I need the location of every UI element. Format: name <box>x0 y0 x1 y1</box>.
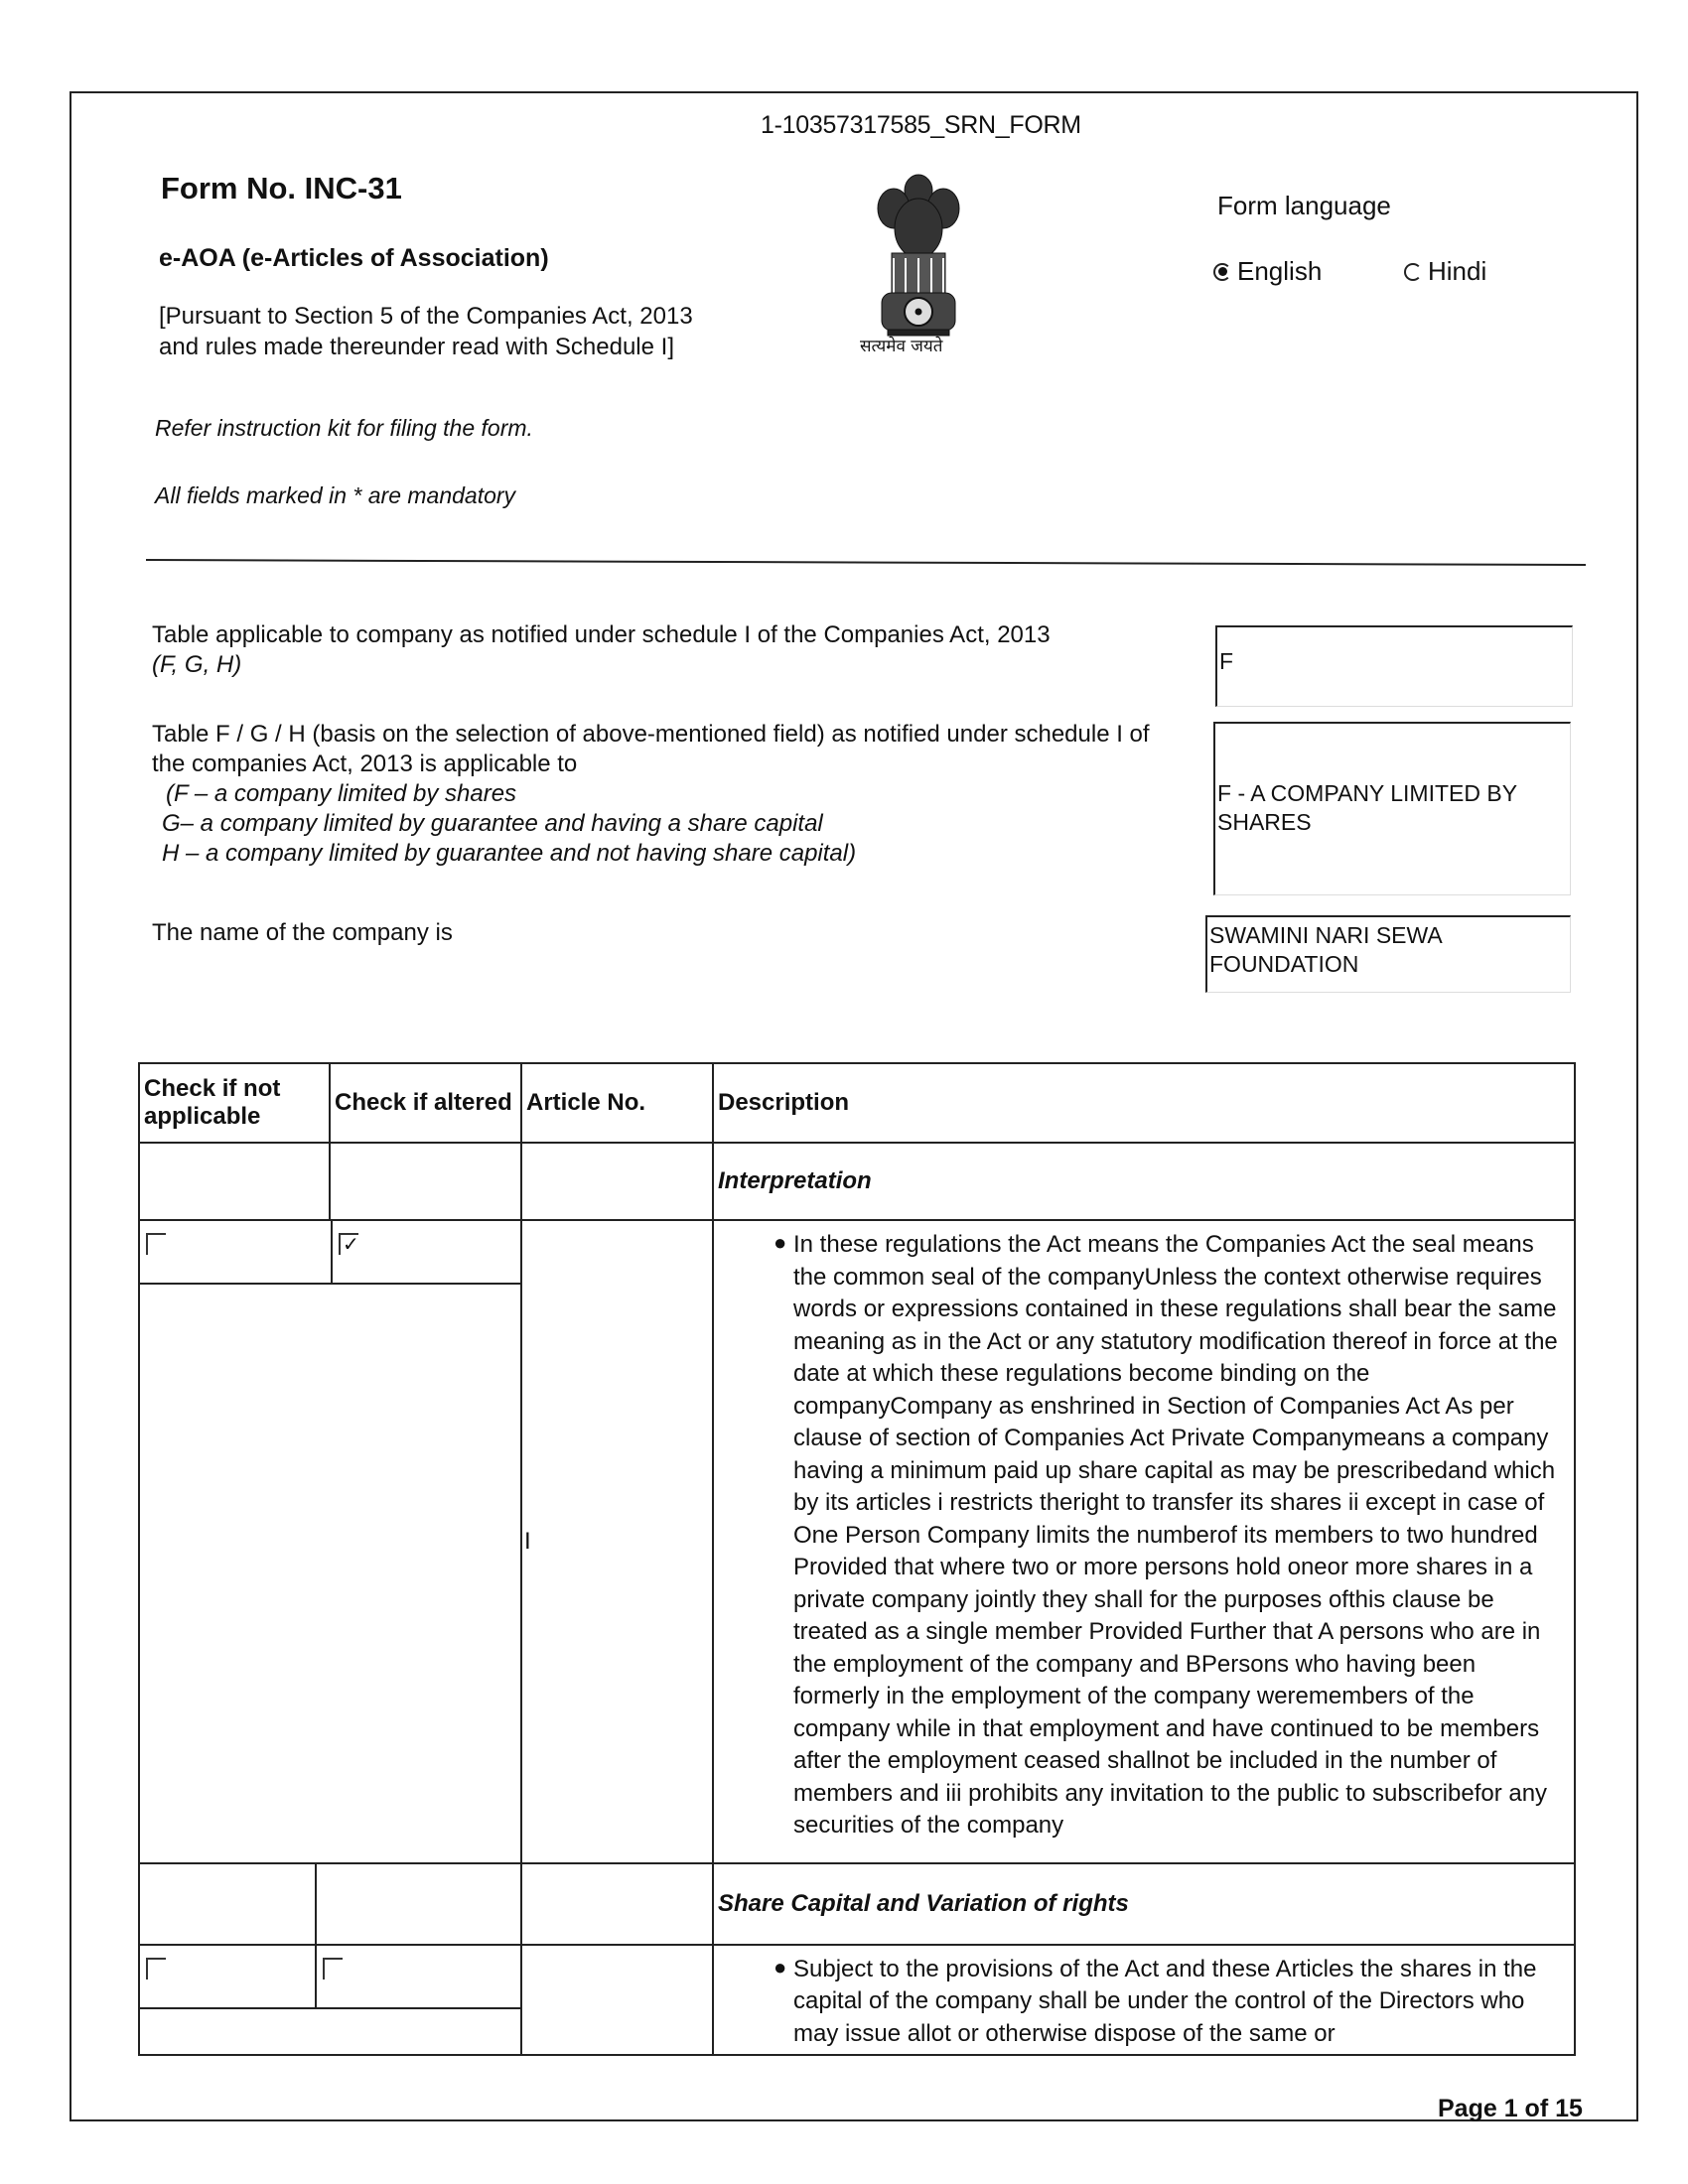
page-number: Page 1 of 15 <box>1438 2095 1583 2123</box>
option-g-text: G– a company limited by guarantee and ha… <box>152 809 1150 839</box>
bullet-icon: ● <box>774 1952 786 1984</box>
language-option-label: Hindi <box>1428 256 1486 287</box>
empty-cell <box>521 1863 713 1945</box>
article-number <box>521 1945 713 2056</box>
table-fgh-field[interactable]: F - A COMPANY LIMITED BY SHARES <box>1213 722 1571 895</box>
pursuant-line-1: [Pursuant to Section 5 of the Companies … <box>159 301 854 332</box>
description-text: Subject to the provisions of the Act and… <box>793 1956 1536 2047</box>
language-option-label: English <box>1237 256 1322 287</box>
checkmark-icon: ✓ <box>343 1235 359 1255</box>
mandatory-note: All fields marked in * are mandatory <box>155 482 515 509</box>
checkbox-cell-group: ✓ <box>139 1220 521 1863</box>
form-language-label: Form language <box>1217 191 1391 221</box>
company-name-label: The name of the company is <box>152 918 453 948</box>
checkbox-cell-group <box>139 1945 521 2056</box>
article-description: ● Subject to the provisions of the Act a… <box>713 1945 1575 2056</box>
col-article-no: Article No. <box>521 1063 713 1143</box>
field-value-line: SHARES <box>1217 808 1568 837</box>
table-fgh-label: Table F / G / H (basis on the selection … <box>152 720 1150 869</box>
field-value-line: SWAMINI NARI SEWA <box>1209 921 1568 950</box>
col-altered: Check if altered <box>330 1063 521 1143</box>
col-not-applicable: Check if not applicable <box>139 1063 330 1143</box>
pursuant-note: [Pursuant to Section 5 of the Companies … <box>159 301 854 362</box>
language-radio-english[interactable]: English <box>1213 256 1322 287</box>
section-row-interpretation: Interpretation <box>139 1143 1575 1220</box>
articles-table: Check if not applicable Check if altered… <box>138 1062 1576 2056</box>
label-line: Table applicable to company as notified … <box>152 620 1051 650</box>
radio-unselected-icon[interactable] <box>1404 263 1422 281</box>
srn-number: 1-10357317585_SRN_FORM <box>761 111 1081 140</box>
not-applicable-checkbox[interactable] <box>146 1233 166 1255</box>
pursuant-line-2: and rules made thereunder read with Sche… <box>159 332 854 362</box>
instruction-kit-note: Refer instruction kit for filing the for… <box>155 415 533 442</box>
label-line: the companies Act, 2013 is applicable to <box>152 750 1150 779</box>
company-name-field[interactable]: SWAMINI NARI SEWA FOUNDATION <box>1205 915 1571 993</box>
empty-cell <box>521 1143 713 1220</box>
language-radio-hindi[interactable]: Hindi <box>1404 256 1486 287</box>
empty-cell <box>139 1863 521 1945</box>
altered-checkbox[interactable] <box>323 1958 343 1979</box>
altered-checkbox[interactable]: ✓ <box>339 1233 358 1255</box>
section-title: Share Capital and Variation of rights <box>713 1863 1575 1945</box>
table-applicable-field[interactable]: F <box>1215 625 1573 707</box>
table-row: ✓ I ● In these regulations the Act means… <box>139 1220 1575 1863</box>
emblem-motto: सत्यमेव जयते <box>860 334 942 356</box>
article-description: ● In these regulations the Act means the… <box>713 1220 1575 1863</box>
table-row: ● Subject to the provisions of the Act a… <box>139 1945 1575 2056</box>
description-text: In these regulations the Act means the C… <box>793 1231 1558 1839</box>
option-f-text: (F – a company limited by shares <box>152 779 1150 809</box>
article-number: I <box>521 1220 713 1863</box>
form-number: Form No. INC-31 <box>161 171 402 206</box>
form-title: e-AOA (e-Articles of Association) <box>159 244 549 273</box>
empty-cell <box>330 1143 521 1220</box>
not-applicable-cell <box>140 1946 317 2007</box>
label-line: Table F / G / H (basis on the selection … <box>152 720 1150 750</box>
altered-cell: ✓ <box>333 1221 520 1283</box>
option-h-text: H – a company limited by guarantee and n… <box>152 839 1150 869</box>
not-applicable-checkbox[interactable] <box>146 1958 166 1979</box>
radio-selected-icon[interactable] <box>1213 263 1231 281</box>
label-line: (F, G, H) <box>152 650 1051 680</box>
field-value-line: F - A COMPANY LIMITED BY <box>1217 779 1568 808</box>
col-description: Description <box>713 1063 1575 1143</box>
not-applicable-cell <box>140 1221 333 1283</box>
section-row-share-capital: Share Capital and Variation of rights <box>139 1863 1575 1945</box>
section-title: Interpretation <box>713 1143 1575 1220</box>
table-header-row: Check if not applicable Check if altered… <box>139 1063 1575 1143</box>
empty-cell <box>139 1143 330 1220</box>
altered-cell <box>317 1946 520 2007</box>
table-applicable-label: Table applicable to company as notified … <box>152 620 1051 680</box>
bullet-icon: ● <box>774 1227 786 1260</box>
field-value-line: FOUNDATION <box>1209 950 1568 979</box>
